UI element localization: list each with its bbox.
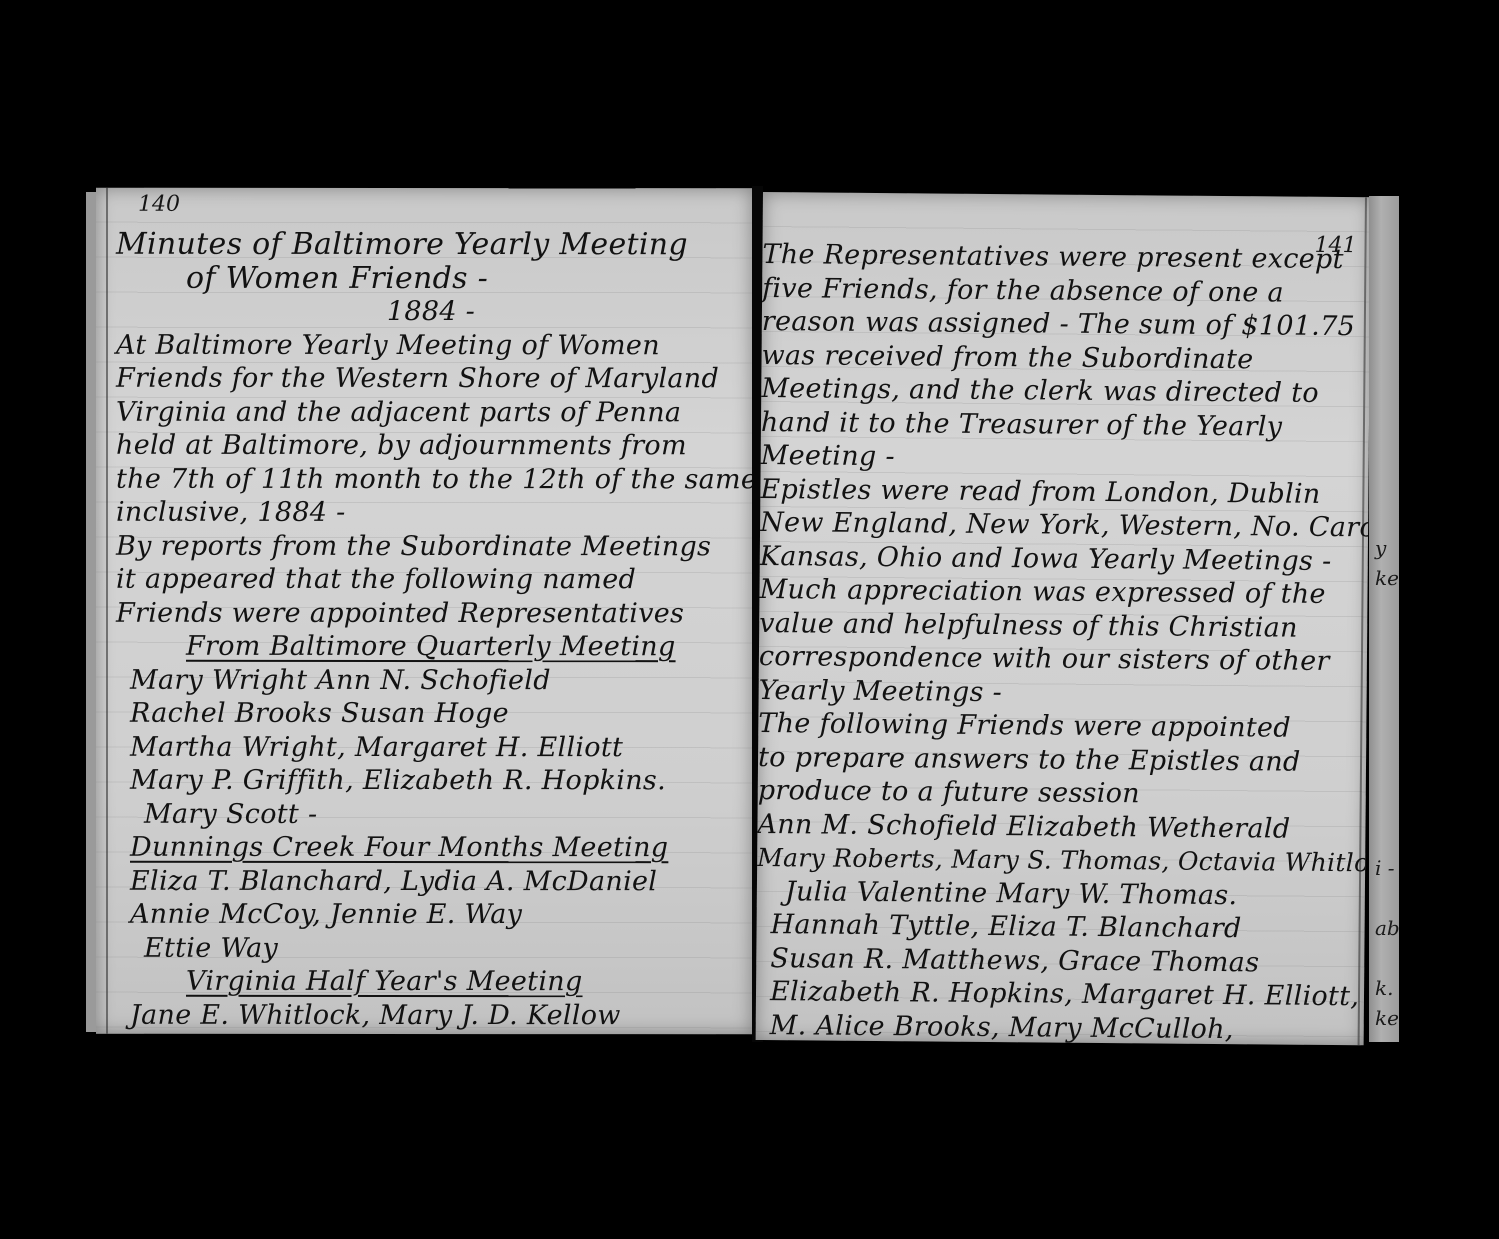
name-line: Ann M. Schofield Elizabeth Wetherald: [757, 807, 1363, 846]
section-heading: Virginia Half Year's Meeting: [186, 966, 583, 997]
name-line: Ettie Way: [116, 931, 746, 965]
name-line: Eliza T. Blanchard, Lydia A. McDaniel: [116, 864, 746, 898]
paragraph-line: correspondence with our sisters of other: [759, 640, 1365, 679]
paragraph-line: inclusive, 1884 -: [116, 496, 746, 530]
paragraph-line: was received from the Subordinate: [761, 338, 1367, 377]
edge-fragment: k.: [1375, 976, 1393, 1000]
name-line: Hannah Tyttle, Eliza T. Blanchard: [756, 908, 1362, 947]
year-line: 1884 -: [116, 295, 746, 329]
right-page: 141 The Representatives were present exc…: [756, 192, 1371, 1045]
paragraph-line: value and helpfulness of this Christian: [759, 606, 1365, 645]
edge-fragment: y: [1375, 536, 1386, 560]
edge-fragment: ke: [1375, 566, 1399, 590]
name-line: Mary Scott -: [116, 797, 746, 831]
name-line: Julia Valentine Mary W. Thomas.: [757, 874, 1363, 913]
name-line: Rachel Brooks Susan Hoge: [116, 697, 746, 731]
paragraph-line: Friends were appointed Representatives: [116, 596, 746, 630]
section-heading: Dunnings Creek Four Months Meeting: [130, 832, 668, 863]
name-line: Jane E. Whitlock, Mary J. D. Kellow: [116, 998, 746, 1032]
paragraph-line: reason was assigned - The sum of $101.75: [762, 305, 1368, 344]
edge-fragment: ab: [1375, 916, 1400, 940]
name-line: Mary Wright Ann N. Schofield: [116, 663, 746, 697]
paragraph-line: New England, New York, Western, No. Caro…: [760, 506, 1366, 545]
left-page: 140 Minutes of Baltimore Yearly Meeting …: [96, 188, 752, 1035]
edge-fragment: i -: [1375, 856, 1395, 880]
right-page-text: The Representatives were present except …: [756, 238, 1369, 1045]
name-line: Susan R. Matthews, Grace Thomas: [756, 941, 1362, 980]
left-page-text: Minutes of Baltimore Yearly Meeting of W…: [116, 228, 746, 1035]
name-line: Mary Roberts, Mary S. Thomas, Octavia Wh…: [757, 841, 1363, 880]
paragraph-line: Much appreciation was expressed of the: [759, 573, 1365, 612]
name-line: Elizabeth R. Hopkins, Margaret H. Elliot…: [756, 975, 1362, 1014]
margin-rule: [106, 188, 108, 1034]
paragraph-line: Epistles were read from London, Dublin: [760, 472, 1366, 511]
section-heading: From Baltimore Quarterly Meeting: [186, 631, 676, 662]
paragraph-line: The Representatives were present except: [762, 238, 1368, 277]
paragraph-line: to prepare answers to the Epistles and: [758, 740, 1364, 779]
paragraph-line: Friends for the Western Shore of Marylan…: [116, 362, 746, 396]
microfilm-scan: 140 Minutes of Baltimore Yearly Meeting …: [0, 0, 1499, 1239]
name-line: Mary P. Griffith, Elizabeth R. Hopkins.: [116, 764, 746, 798]
paragraph-line: the 7th of 11th month to the 12th of the…: [116, 462, 746, 496]
paragraph-line: By reports from the Subordinate Meetings: [116, 529, 746, 563]
paragraph-line: held at Baltimore, by adjournments from: [116, 429, 746, 463]
title-line: of Women Friends -: [116, 261, 746, 295]
name-line: Judith A. Crenshaw, Octavia Whitlock: [116, 1032, 746, 1035]
paragraph-line: it appeared that the following named: [116, 563, 746, 597]
right-page-edge: y ke i - ab k. ke: [1369, 196, 1399, 1042]
name-line: M. Alice Brooks, Mary McCulloh,: [756, 1008, 1362, 1045]
page-number: 140: [138, 192, 180, 217]
paragraph-line: Meeting -: [761, 439, 1367, 478]
paragraph-line: hand it to the Treasurer of the Yearly: [761, 405, 1367, 444]
paragraph-line: The following Friends were appointed: [758, 707, 1364, 746]
paragraph-line: Meetings, and the clerk was directed to: [761, 372, 1367, 411]
edge-fragment: ke: [1375, 1006, 1399, 1030]
paragraph-line: At Baltimore Yearly Meeting of Women: [116, 328, 746, 362]
paragraph-line: five Friends, for the absence of one a: [762, 271, 1368, 310]
paragraph-line: Yearly Meetings -: [759, 673, 1365, 712]
title-line: Minutes of Baltimore Yearly Meeting: [116, 228, 746, 262]
paragraph-line: produce to a future session: [758, 774, 1364, 813]
paragraph-line: Kansas, Ohio and Iowa Yearly Meetings -: [760, 539, 1366, 578]
paragraph-line: Virginia and the adjacent parts of Penna: [116, 395, 746, 429]
name-line: Annie McCoy, Jennie E. Way: [116, 898, 746, 932]
name-line: Martha Wright, Margaret H. Elliott: [116, 730, 746, 764]
